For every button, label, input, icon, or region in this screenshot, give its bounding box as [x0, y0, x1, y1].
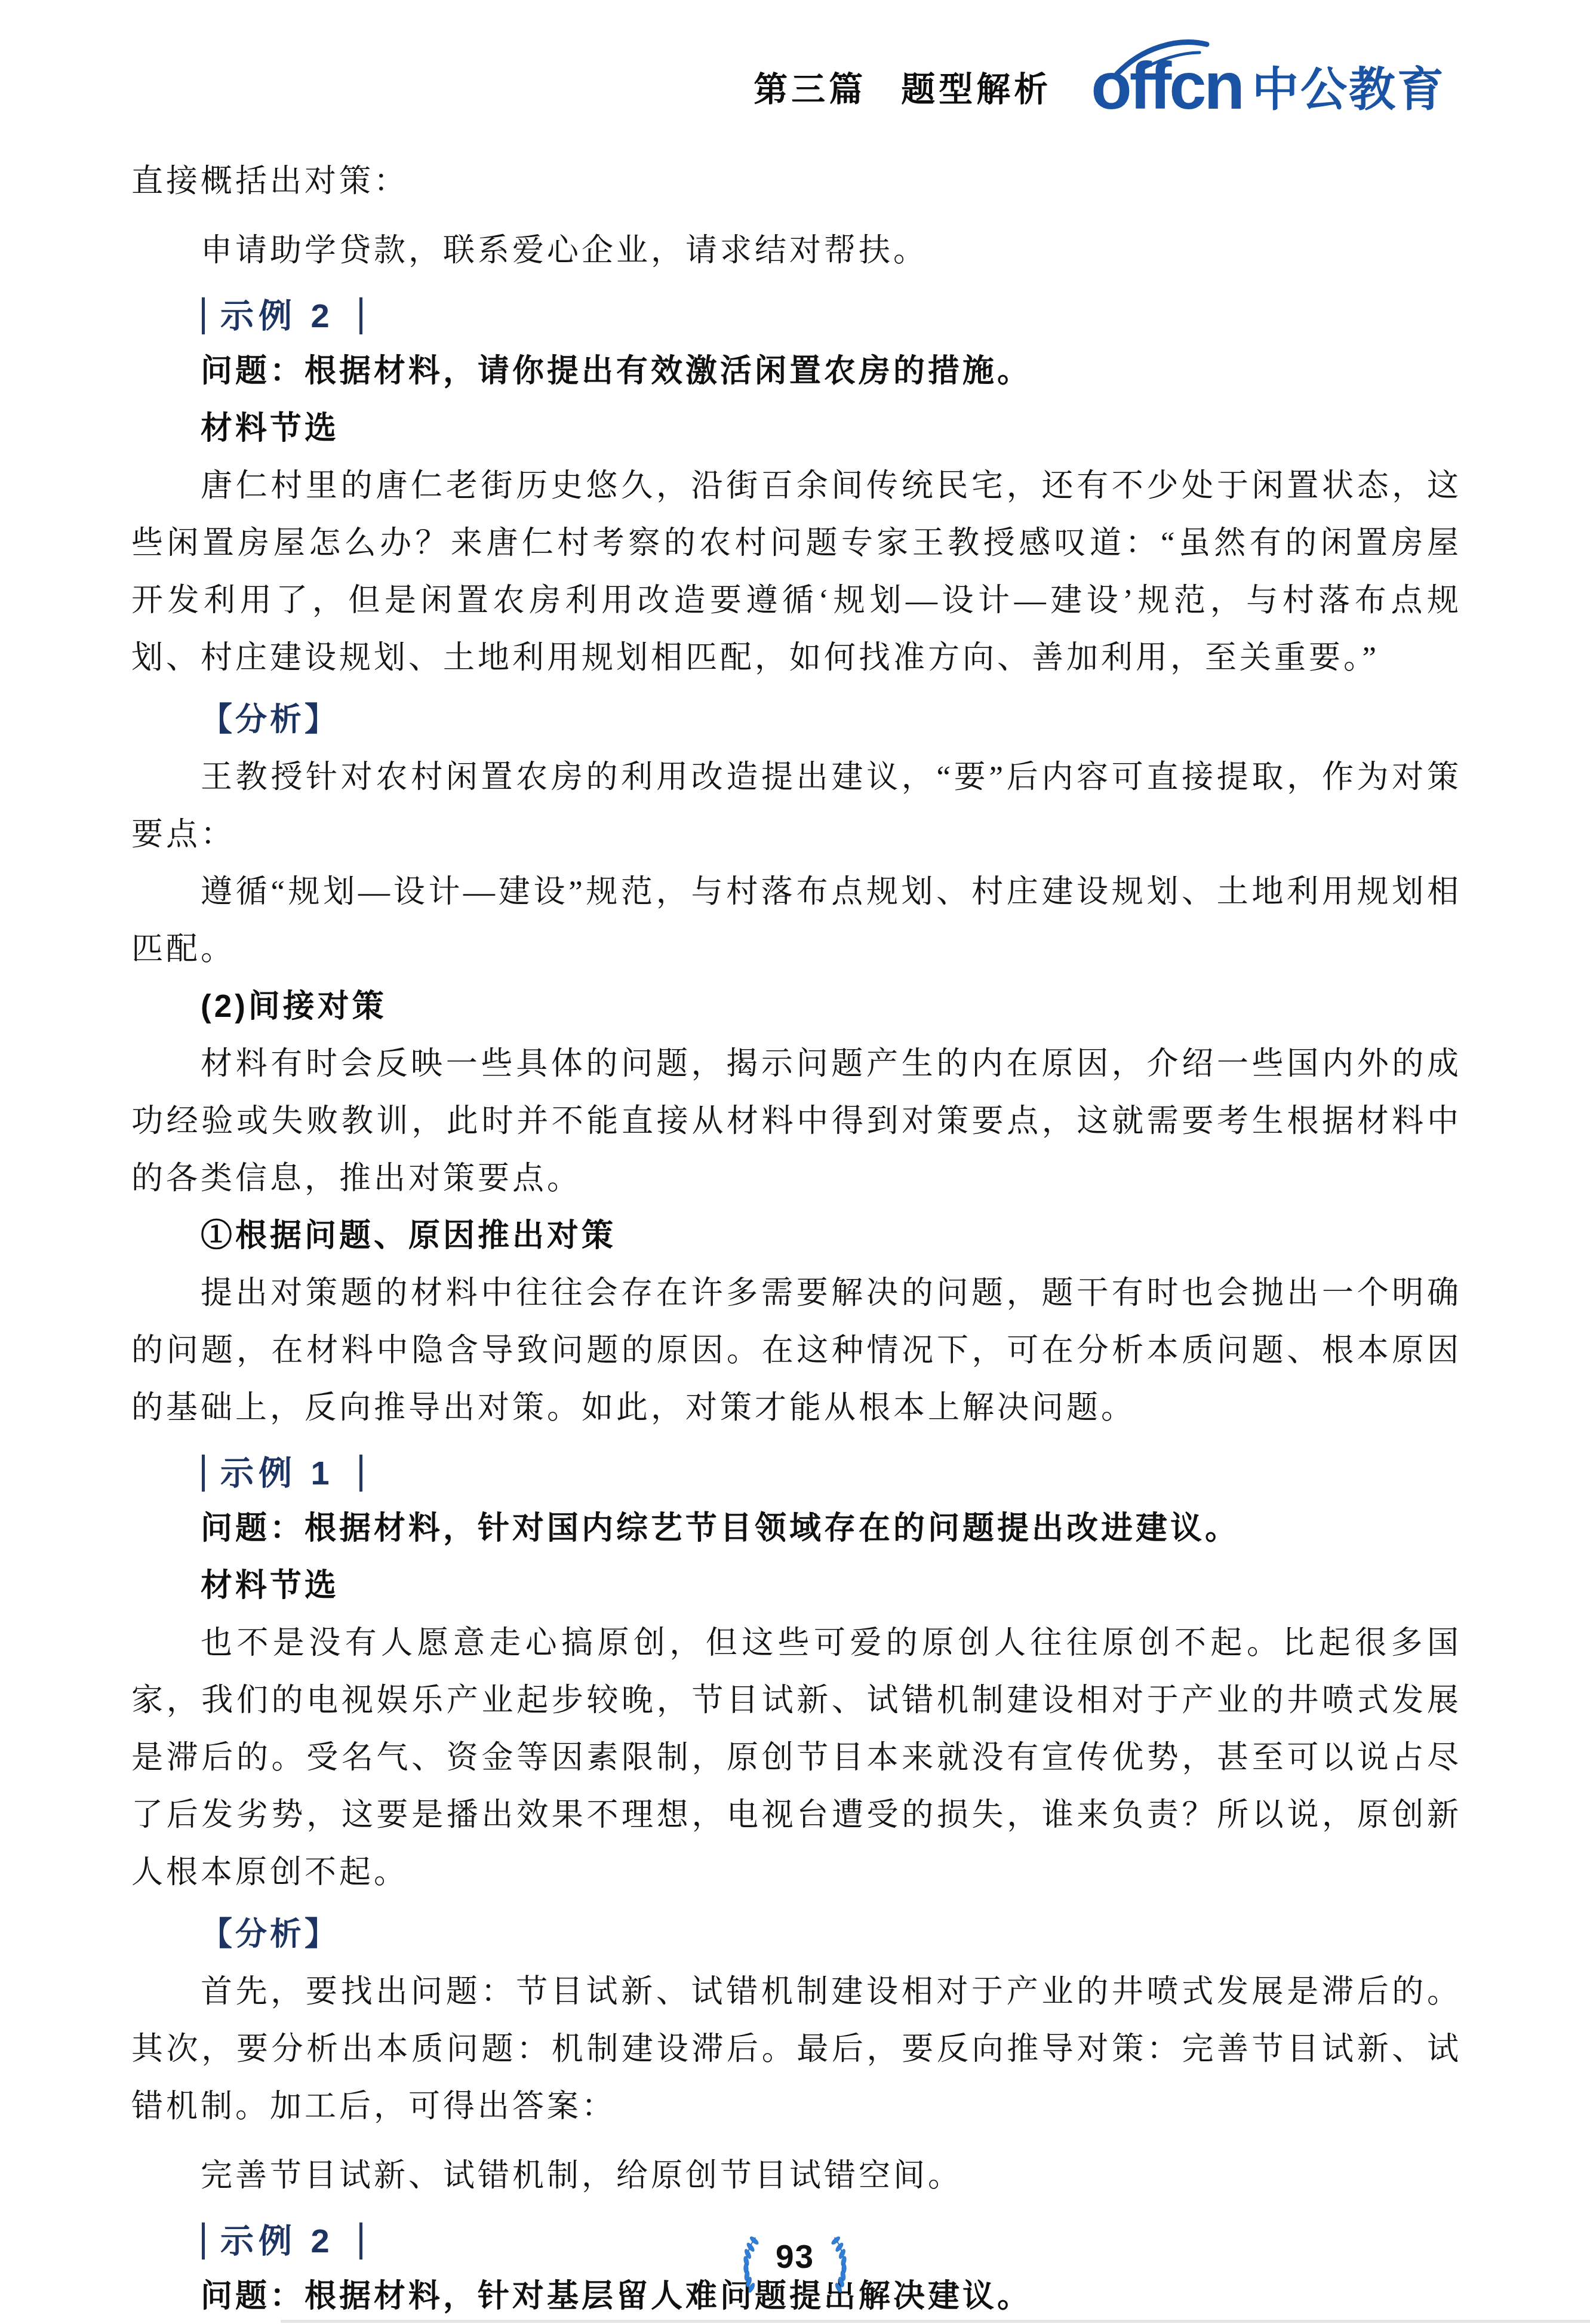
- example-label: 示例 2: [202, 297, 1462, 334]
- question-line: 问题：根据材料，针对国内综艺节目领域存在的问题提出改进建议。: [131, 1500, 1462, 1557]
- analysis-label: 【分析】: [131, 691, 1462, 749]
- offcn-logo-wordmark: offcn: [1091, 55, 1243, 116]
- question-prefix: 问题：: [201, 1511, 305, 1546]
- example-bar: [202, 297, 205, 334]
- section-heading: ①根据问题、原因推出对策: [131, 1207, 1462, 1265]
- content: 直接概括出对策：申请助学贷款，联系爱心企业，请求结对帮扶。示例 2问题：根据材料…: [131, 153, 1462, 2324]
- scan-edge-artifact: [281, 2320, 1590, 2323]
- section-heading: 材料节选: [131, 1557, 1462, 1615]
- page-footer: 93: [0, 2236, 1590, 2293]
- logo-swoosh-icon: [1111, 35, 1211, 79]
- paragraph: 首先，要找出问题：节目试新、试错机制建设相对于产业的井喷式发展是滞后的。其次，要…: [131, 1963, 1462, 2135]
- example-label-text: 示例 2: [220, 299, 334, 333]
- laurel-right-icon: [830, 2236, 855, 2293]
- question-line: 问题：根据材料，请你提出有效激活闲置农房的措施。: [131, 343, 1462, 400]
- book-page: 第三篇 题型解析 offcn 中公教育 直接概括出对策：申请助学贷款，联系爱心企…: [0, 0, 1590, 2324]
- answer-line: 完善节目试新、试错机制，给原创节目试错空间。: [131, 2147, 1462, 2205]
- offcn-logo: offcn 中公教育: [1091, 55, 1446, 116]
- paragraph: 提出对策题的材料中往往会存在许多需要解决的问题，题干有时也会抛出一个明确的问题，…: [131, 1265, 1462, 1437]
- example-bar: [359, 297, 362, 334]
- paragraph: 王教授针对农村闲置农房的利用改造提出建议，“要”后内容可直接提取，作为对策要点：: [131, 749, 1462, 863]
- example-bar: [202, 1455, 205, 1492]
- paragraph: 唐仁村里的唐仁老街历史悠久，沿街百余间传统民宅，还有不少处于闲置状态，这些闲置房…: [131, 457, 1462, 687]
- example-label-text: 示例 1: [220, 1456, 334, 1490]
- paragraph: 遵循“规划—设计—建设”规范，与村落布点规划、村庄建设规划、土地利用规划相匹配。: [131, 863, 1462, 978]
- page-header: 第三篇 题型解析 offcn 中公教育: [754, 55, 1446, 116]
- chapter-label: 第三篇: [754, 73, 866, 116]
- page-number: 93: [776, 2237, 814, 2291]
- answer-line: 申请助学贷款，联系爱心企业，请求结对帮扶。: [131, 222, 1462, 279]
- example-bar: [359, 1455, 362, 1492]
- paragraph: 也不是没有人愿意走心搞原创，但这些可爱的原创人往往原创不起。比起很多国家，我们的…: [131, 1615, 1462, 1901]
- logo-text-cn: 中公教育: [1252, 66, 1446, 116]
- section-heading: (2)间接对策: [131, 978, 1462, 1035]
- laurel-left-icon: [735, 2236, 760, 2293]
- question-prefix: 问题：: [201, 353, 305, 389]
- example-label: 示例 1: [202, 1455, 1462, 1492]
- paragraph: 材料有时会反映一些具体的问题，揭示问题产生的内在原因，介绍一些国内外的成功经验或…: [131, 1035, 1462, 1207]
- chapter-title: 题型解析: [901, 73, 1051, 116]
- section-heading: 材料节选: [131, 400, 1462, 457]
- analysis-label: 【分析】: [131, 1906, 1462, 1963]
- paragraph: 直接概括出对策：: [131, 153, 1462, 210]
